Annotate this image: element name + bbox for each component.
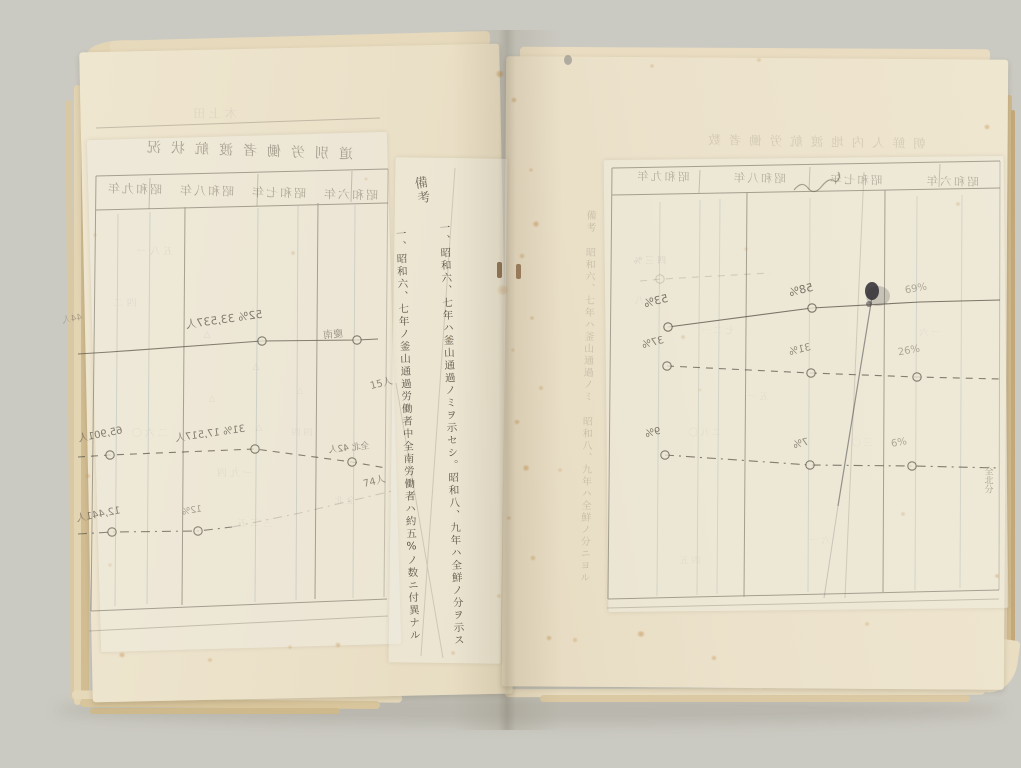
foxing-spot bbox=[507, 516, 512, 520]
foxing-spot bbox=[572, 638, 578, 643]
foxing-spot bbox=[681, 335, 686, 339]
photograph-of-open-ledger: 道別労働者渡航状況 昭和六年 昭和七年 昭和八年 昭和九年 朝鮮人内地渡航労働者… bbox=[0, 0, 1021, 768]
foxing-spot bbox=[984, 125, 990, 130]
foxing-spot bbox=[335, 643, 341, 648]
foxing-spot bbox=[119, 653, 126, 658]
foxing-spot bbox=[511, 348, 515, 352]
foxing-spot bbox=[364, 178, 368, 181]
foxing-spot bbox=[530, 316, 535, 320]
foxing-spot bbox=[865, 622, 870, 626]
foxing-spot bbox=[546, 636, 552, 641]
foxing-spot bbox=[497, 285, 509, 295]
foxing-spot bbox=[530, 556, 536, 561]
foxing-spot bbox=[519, 254, 525, 259]
foxing-spot bbox=[451, 651, 456, 655]
foxing-spot bbox=[650, 64, 655, 68]
foxing-spot bbox=[288, 645, 293, 649]
foxing-spot bbox=[108, 563, 112, 567]
foxing-spot bbox=[86, 474, 91, 479]
foxing-spot bbox=[533, 221, 540, 227]
foxing-spot bbox=[446, 337, 451, 341]
foxing-spot bbox=[698, 389, 702, 392]
foxing-spot bbox=[558, 468, 563, 472]
foxing-spot bbox=[901, 512, 906, 516]
foxing-spot bbox=[995, 574, 1000, 578]
foxing-spot bbox=[511, 98, 517, 103]
foxing-spot bbox=[291, 251, 296, 255]
foxing-spot bbox=[539, 386, 544, 391]
foxing-spot bbox=[744, 247, 748, 251]
foxing-spot bbox=[497, 594, 502, 598]
foxing-spot bbox=[523, 465, 530, 471]
foxing-spot bbox=[496, 71, 505, 78]
foxing-spot bbox=[207, 658, 213, 662]
foxing-spot bbox=[514, 420, 520, 425]
foxing-spot bbox=[756, 58, 762, 62]
foxing-spot bbox=[93, 233, 97, 237]
foxing-spots bbox=[0, 0, 1021, 768]
foxing-spot bbox=[529, 168, 534, 172]
foxing-spot bbox=[956, 202, 961, 206]
foxing-spot bbox=[711, 656, 717, 661]
foxing-spot bbox=[637, 631, 645, 637]
